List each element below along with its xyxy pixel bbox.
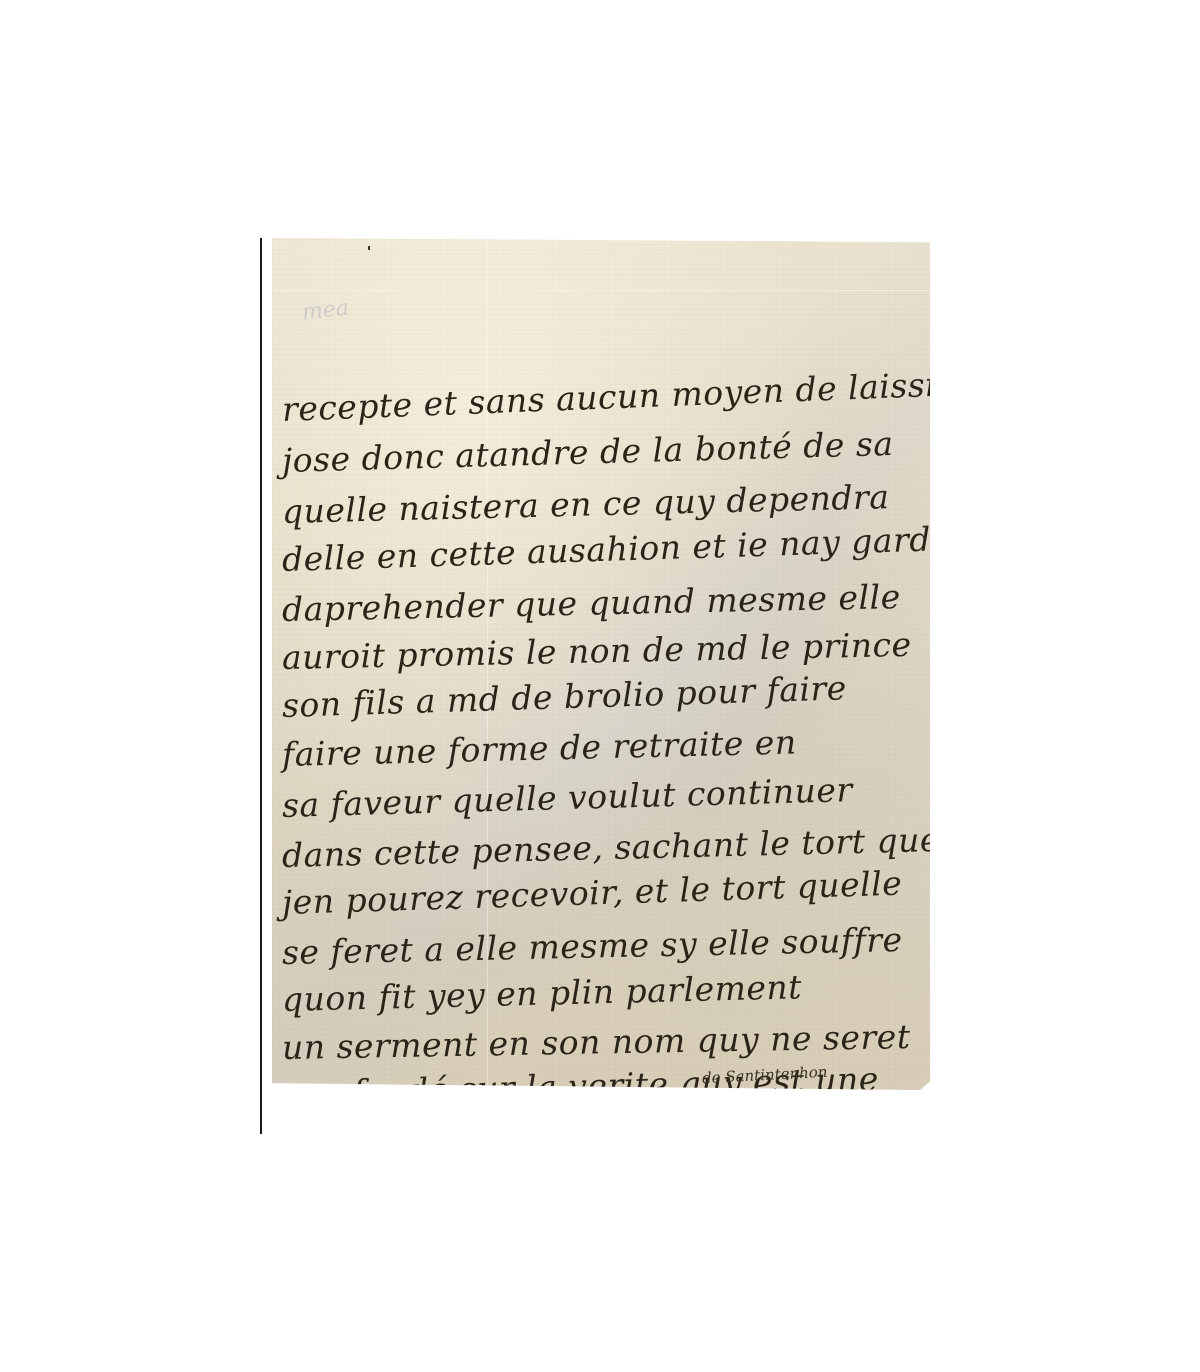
handwritten-line-12: se feret a elle mesme sy elle souffre bbox=[282, 920, 903, 972]
handwritten-line-13: quon fit yey en plin parlement bbox=[282, 967, 803, 1019]
handwritten-line-7: son fils a md de brolio pour faire bbox=[281, 668, 847, 725]
handwritten-line-2: jose donc atandre de la bonté de sa bbox=[281, 424, 894, 480]
handwritten-line-14: un serment en son nom quy ne seret bbox=[282, 1017, 911, 1067]
handwritten-line-1: recepte et sans aucun moyen de laissiser bbox=[281, 363, 990, 429]
handwritten-line-5: daprehender que quand mesme elle bbox=[282, 577, 901, 629]
handwritten-text-block: recepte et sans aucun moyen de laissiser… bbox=[272, 238, 930, 1090]
handwritten-line-16: serimonie alaquelle elle seret obligee e… bbox=[282, 1106, 974, 1157]
handwritten-line-9: sa faveur quelle voulut continuer bbox=[281, 770, 853, 825]
manuscript-page: mea recepte et sans aucun moyen de laiss… bbox=[272, 238, 930, 1090]
handwritten-line-8: faire une forme de retraite en bbox=[282, 722, 798, 774]
scan-left-edge-rule bbox=[260, 238, 262, 1134]
